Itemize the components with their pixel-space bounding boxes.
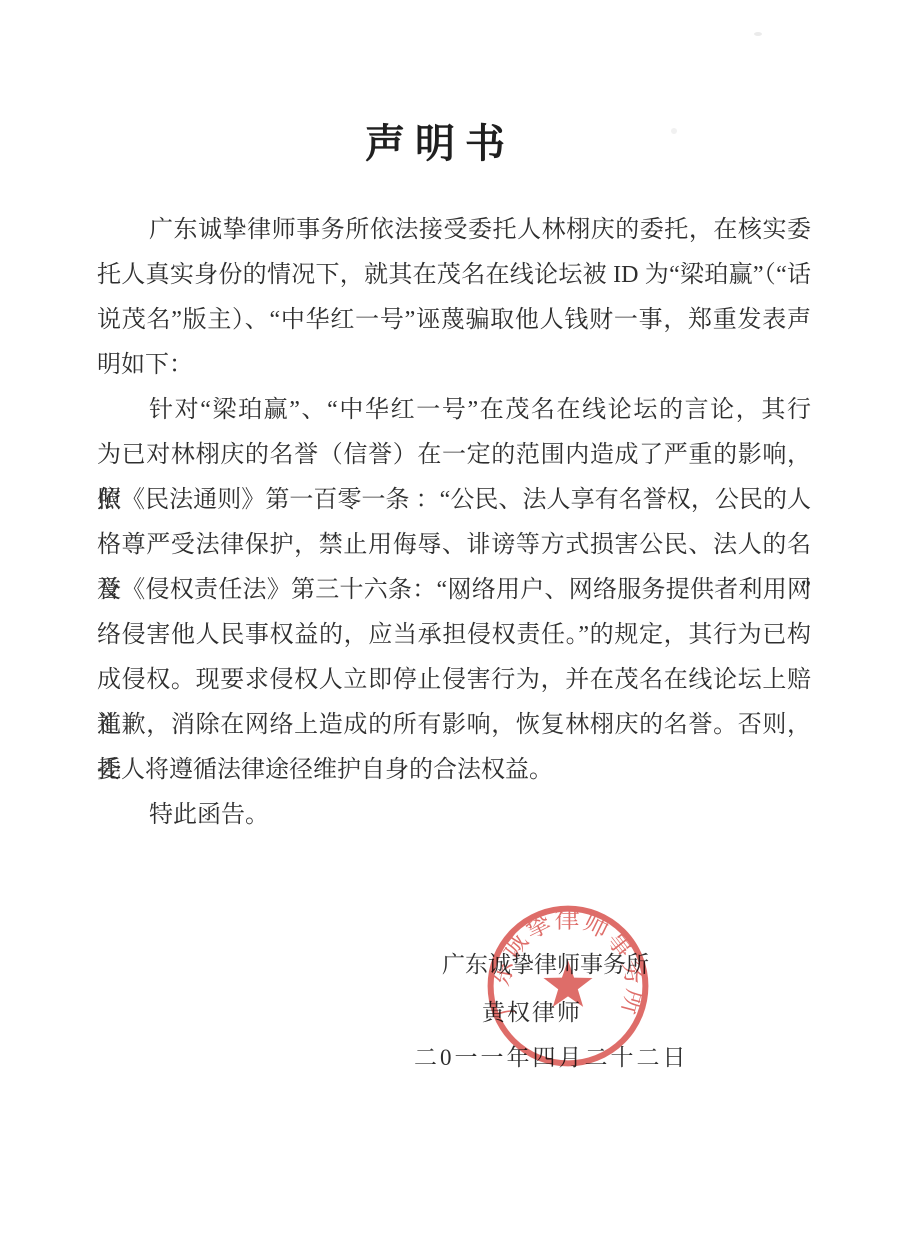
body-line: 及《侵权责任法》第三十六条：“网络用户、网络服务提供者利用网 — [97, 568, 811, 613]
body-line: 照《民法通则》第一百零一条 ：“公民、法人享有名誉权，公民的人 — [97, 478, 811, 523]
scanned-declaration-page: 声明书 广东诚挚律师事务所依法接受委托人林栩庆的委托，在核实委 托人真实身份的情… — [0, 0, 900, 1234]
body-line: 说茂名”版主）、“中华红一号”诬蔑骗取他人钱财一事，郑重发表声 — [97, 298, 811, 343]
body-line: 络侵害他人民事权益的，应当承担侵权责任。”的规定，其行为已构 — [97, 613, 811, 658]
document-body: 广东诚挚律师事务所依法接受委托人林栩庆的委托，在核实委 托人真实身份的情况下，就… — [97, 208, 811, 838]
body-line: 为已对林栩庆的名誉（信誉）在一定的范围内造成了严重的影响，依 — [97, 433, 811, 478]
body-line: 成侵权。现要求侵权人立即停止侵害行为，并在茂名在线论坛上赔礼 — [97, 658, 811, 703]
law-firm-seal: 广东诚挚律师事务所 — [482, 900, 654, 1072]
page-title: 声明书 — [0, 112, 880, 169]
body-line: 特此函告。 — [97, 793, 811, 838]
body-line: 托人将遵循法律途径维护自身的合法权益。 — [97, 748, 811, 793]
seal-star-icon — [543, 960, 592, 1007]
scan-artifact — [754, 32, 762, 36]
body-line: 明如下： — [97, 343, 811, 388]
body-line: 针对“梁珀赢”、“中华红一号”在茂名在线论坛的言论，其行 — [97, 388, 811, 433]
body-line: 道歉，消除在网络上造成的所有影响，恢复林栩庆的名誉。否则，委 — [97, 703, 811, 748]
body-line: 格尊严受法律保护，禁止用侮辱、诽谤等方式损害公民、法人的名誉。” — [97, 523, 811, 568]
scan-artifact — [671, 128, 677, 134]
body-line: 托人真实身份的情况下，就其在茂名在线论坛被 ID 为“梁珀赢”（“话 — [97, 253, 811, 298]
body-line: 广东诚挚律师事务所依法接受委托人林栩庆的委托，在核实委 — [97, 208, 811, 253]
